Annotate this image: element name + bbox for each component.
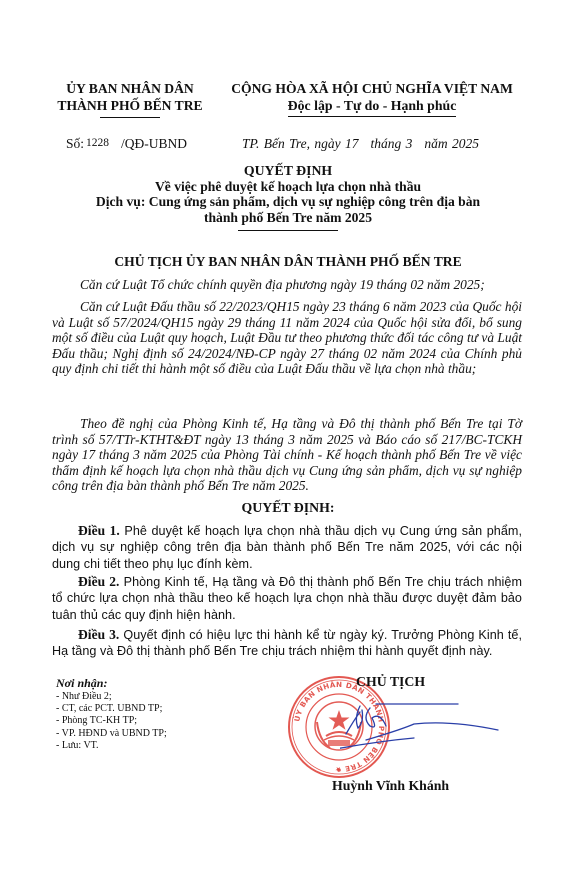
handwritten-signature-icon <box>340 700 500 760</box>
month: tháng 3 <box>371 136 413 151</box>
article-label: Điều 3. <box>78 627 119 642</box>
title-underline <box>238 230 338 231</box>
signer-title: CHỦ TỊCH <box>356 674 425 690</box>
recipient-item: - Lưu: VT. <box>56 740 276 752</box>
article-text: Phê duyệt kế hoạch lựa chọn nhà thầu dịc… <box>52 524 522 571</box>
recipient-item: - CT, các PCT. UBND TP; <box>56 703 276 715</box>
recipients-heading: Nơi nhận: <box>56 676 276 690</box>
national-motto: Độc lập - Tự do - Hạnh phúc <box>288 97 457 114</box>
motto-underline <box>288 116 456 117</box>
article-label: Điều 2. <box>78 574 119 589</box>
article-label: Điều 1. <box>78 523 120 538</box>
doc-number-value: 1228 <box>86 137 109 149</box>
title-line-2: Dịch vụ: Cung ứng sản phẩm, dịch vụ sự n… <box>40 194 536 210</box>
signer-name: Huỳnh Vĩnh Khánh <box>332 778 449 794</box>
national-title: CỘNG HÒA XÃ HỘI CHỦ NGHĨA VIỆT NAM Độc l… <box>222 80 522 117</box>
signing-authority: CHỦ TỊCH ỦY BAN NHÂN DÂN THÀNH PHỐ BẾN T… <box>40 254 536 270</box>
place-day: TP. Bến Tre, ngày 17 <box>242 136 359 151</box>
decision-heading: QUYẾT ĐỊNH: <box>40 500 536 516</box>
doc-number-suffix: /QĐ-UBND <box>121 136 187 151</box>
recipient-item: - VP. HĐND và UBND TP; <box>56 728 276 740</box>
recipient-item: - Phòng TC-KH TP; <box>56 715 276 727</box>
article-text: Quyết định có hiệu lực thi hành kể từ ng… <box>52 628 522 658</box>
title-line-1: Về việc phê duyệt kế hoạch lựa chọn nhà … <box>40 179 536 195</box>
title-line-3: thành phố Bến Tre năm 2025 <box>40 210 536 226</box>
title-heading: QUYẾT ĐỊNH <box>40 163 536 179</box>
preamble-paragraph: Căn cứ Luật Đấu thầu số 22/2023/QH15 ngà… <box>52 299 522 377</box>
article-1: Điều 1. Phê duyệt kế hoạch lựa chọn nhà … <box>52 523 522 572</box>
recipients-list: Nơi nhận: - Như Điều 2; - CT, các PCT. U… <box>56 676 276 752</box>
country-name: CỘNG HÒA XÃ HỘI CHỦ NGHĨA VIỆT NAM <box>222 80 522 97</box>
year: năm 2025 <box>424 136 479 151</box>
preamble-paragraph: Căn cứ Luật Tổ chức chính quyền địa phươ… <box>52 277 522 293</box>
recipient-item: - Như Điều 2; <box>56 691 276 703</box>
authority-underline <box>100 117 160 118</box>
article-text: Phòng Kinh tế, Hạ tầng và Đô thị thành p… <box>52 575 522 622</box>
preamble-paragraph: Theo đề nghị của Phòng Kinh tế, Hạ tầng … <box>52 416 522 494</box>
document-title: QUYẾT ĐỊNH Về việc phê duyệt kế hoạch lự… <box>40 163 536 231</box>
authority-line-1: ỦY BAN NHÂN DÂN <box>44 80 216 97</box>
article-2: Điều 2. Phòng Kinh tế, Hạ tầng và Đô thị… <box>52 574 522 623</box>
issuing-authority: ỦY BAN NHÂN DÂN THÀNH PHỐ BẾN TRE <box>44 80 216 118</box>
document-number: Số:1228/QĐ-UBND <box>66 136 187 153</box>
article-3: Điều 3. Quyết định có hiệu lực thi hành … <box>52 627 522 660</box>
doc-number-prefix: Số: <box>66 136 84 151</box>
place-date: TP. Bến Tre, ngày 17tháng 3năm 2025 <box>242 136 479 152</box>
authority-line-2: THÀNH PHỐ BẾN TRE <box>44 97 216 114</box>
